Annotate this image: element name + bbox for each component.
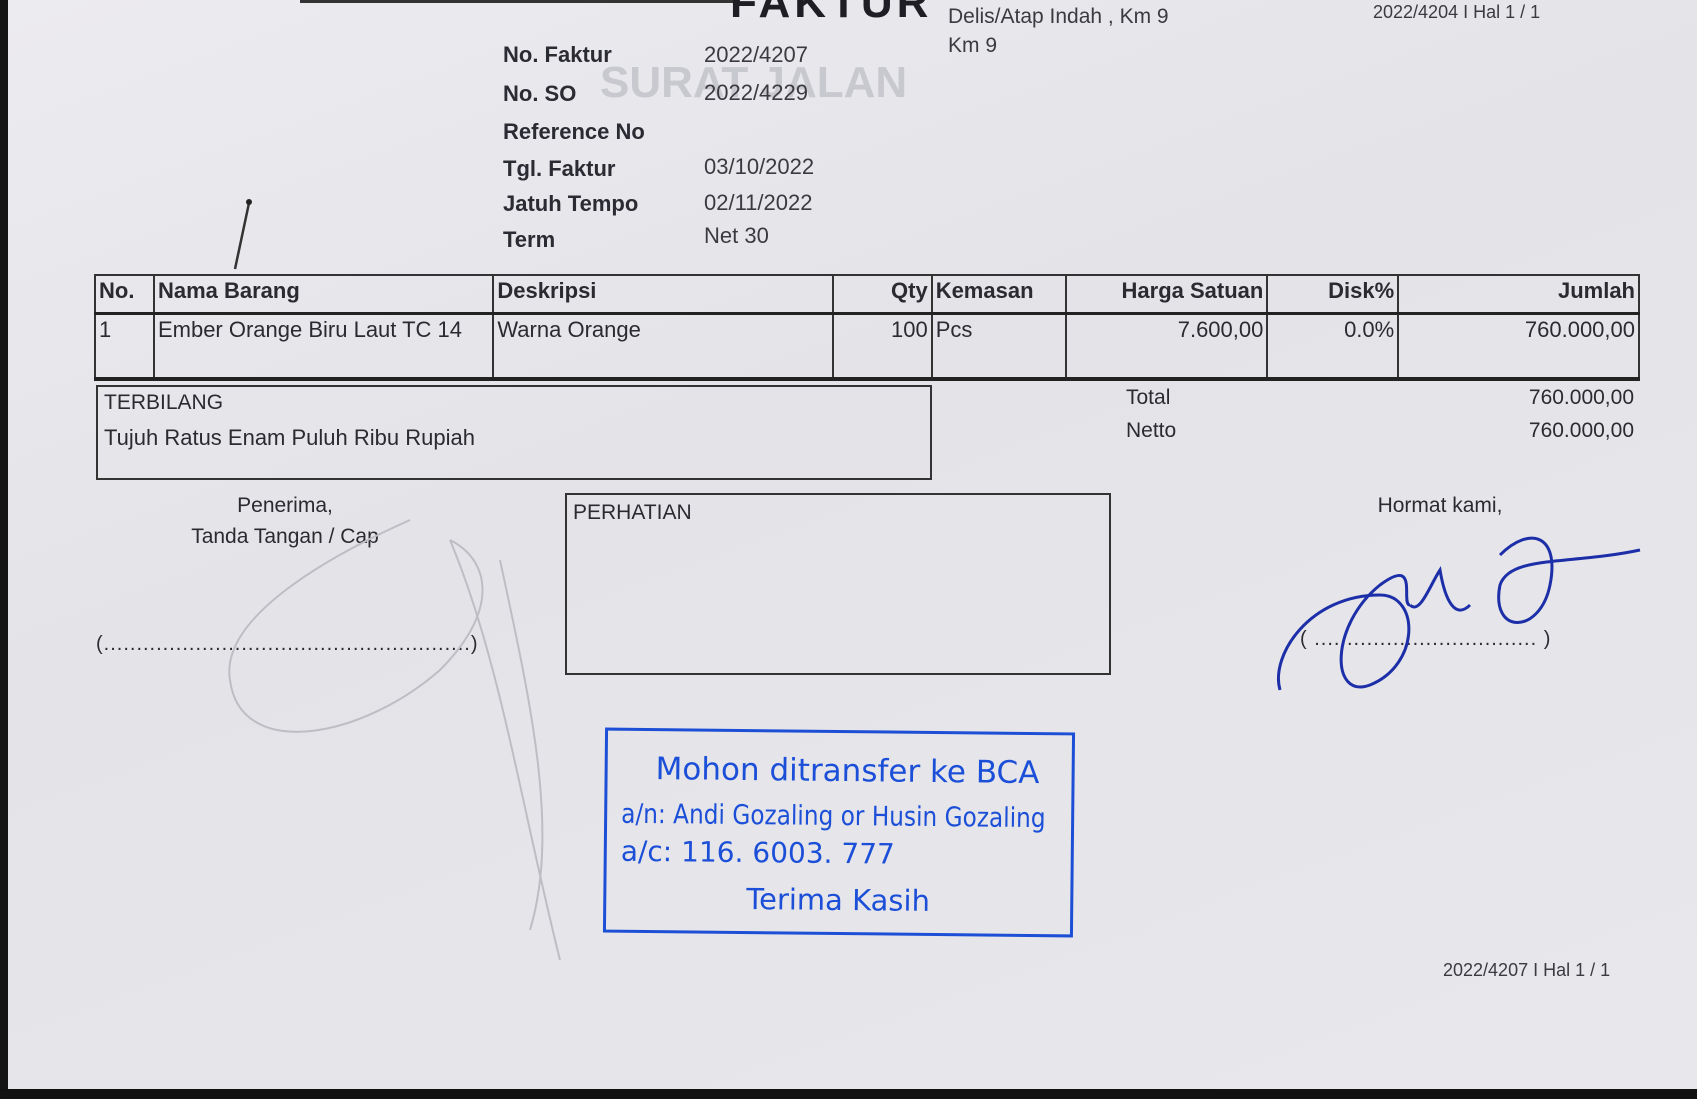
- top-page-reference: 2022/4204 I Hal 1 / 1: [1373, 2, 1540, 23]
- terbilang-box: TERBILANG Tujuh Ratus Enam Puluh Ribu Ru…: [96, 385, 932, 480]
- field-value-no-faktur: 2022/4207: [704, 42, 808, 68]
- col-header-deskripsi: Deskripsi: [493, 275, 832, 314]
- field-label-jatuh-tempo: Jatuh Tempo: [503, 191, 638, 217]
- scan-edge-bottom: [0, 1089, 1697, 1099]
- terbilang-text: Tujuh Ratus Enam Puluh Ribu Rupiah: [104, 425, 924, 451]
- items-table: No. Nama Barang Deskripsi Qty Kemasan Ha…: [94, 274, 1640, 381]
- pencil-scribble: [200, 500, 620, 980]
- total-value: 760.000,00: [1420, 386, 1634, 410]
- stamp-line-account-number: a/c: 116. 6003. 777: [621, 835, 895, 871]
- field-value-term: Net 30: [704, 223, 769, 249]
- cell-nama-barang: Ember Orange Biru Laut TC 14: [154, 314, 493, 380]
- col-header-kemasan: Kemasan: [932, 275, 1066, 314]
- perhatian-label: PERHATIAN: [573, 501, 1103, 525]
- staple-mark: [225, 195, 255, 275]
- cell-qty: 100: [833, 314, 932, 380]
- field-label-no-faktur: No. Faktur: [503, 42, 612, 68]
- field-label-reference-no: Reference No: [503, 119, 645, 145]
- perhatian-box: PERHATIAN: [565, 493, 1111, 675]
- col-header-no: No.: [95, 275, 154, 314]
- bank-transfer-stamp: Mohon ditransfer ke BCA a/n: Andi Gozali…: [603, 728, 1075, 938]
- col-header-qty: Qty: [833, 275, 932, 314]
- netto-value: 760.000,00: [1420, 419, 1634, 443]
- field-value-tgl-faktur: 03/10/2022: [704, 154, 814, 180]
- cell-no: 1: [95, 314, 154, 380]
- field-value-jatuh-tempo: 02/11/2022: [704, 190, 812, 216]
- field-label-term: Term: [503, 227, 555, 253]
- table-row: 1 Ember Orange Biru Laut TC 14 Warna Ora…: [95, 314, 1639, 380]
- bottom-page-reference: 2022/4207 I Hal 1 / 1: [1443, 960, 1610, 981]
- stamp-line-account-name: a/n: Andi Gozaling or Husin Gozaling: [621, 799, 1046, 834]
- col-header-nama-barang: Nama Barang: [154, 275, 493, 314]
- cell-jumlah: 760.000,00: [1398, 314, 1639, 380]
- col-header-jumlah: Jumlah: [1398, 275, 1639, 314]
- cell-kemasan: Pcs: [932, 314, 1066, 380]
- terbilang-label: TERBILANG: [104, 391, 924, 415]
- cell-disk: 0.0%: [1267, 314, 1398, 380]
- col-header-disk: Disk%: [1267, 275, 1398, 314]
- field-label-no-so: No. SO: [503, 81, 576, 107]
- table-header-row: No. Nama Barang Deskripsi Qty Kemasan Ha…: [95, 275, 1639, 314]
- stamp-line-transfer: Mohon ditransfer ke BCA: [655, 751, 1039, 791]
- address-line-2: Km 9: [948, 34, 997, 58]
- sender-label: Hormat kami,: [1350, 494, 1530, 518]
- col-header-harga-satuan: Harga Satuan: [1066, 275, 1268, 314]
- stamp-line-thanks: Terima Kasih: [746, 882, 930, 918]
- scan-edge-left: [0, 0, 8, 1099]
- field-label-tgl-faktur: Tgl. Faktur: [503, 156, 615, 182]
- cell-deskripsi: Warna Orange: [493, 314, 832, 380]
- address-line-1: Delis/Atap Indah , Km 9: [948, 5, 1169, 29]
- document-title: FAKTUR: [730, 0, 932, 28]
- total-label: Total: [1126, 386, 1170, 410]
- title-rule: [300, 0, 740, 3]
- handwritten-signature: [1270, 525, 1650, 700]
- field-value-no-so: 2022/4229: [704, 80, 808, 106]
- netto-label: Netto: [1126, 419, 1176, 443]
- cell-harga-satuan: 7.600,00: [1066, 314, 1268, 380]
